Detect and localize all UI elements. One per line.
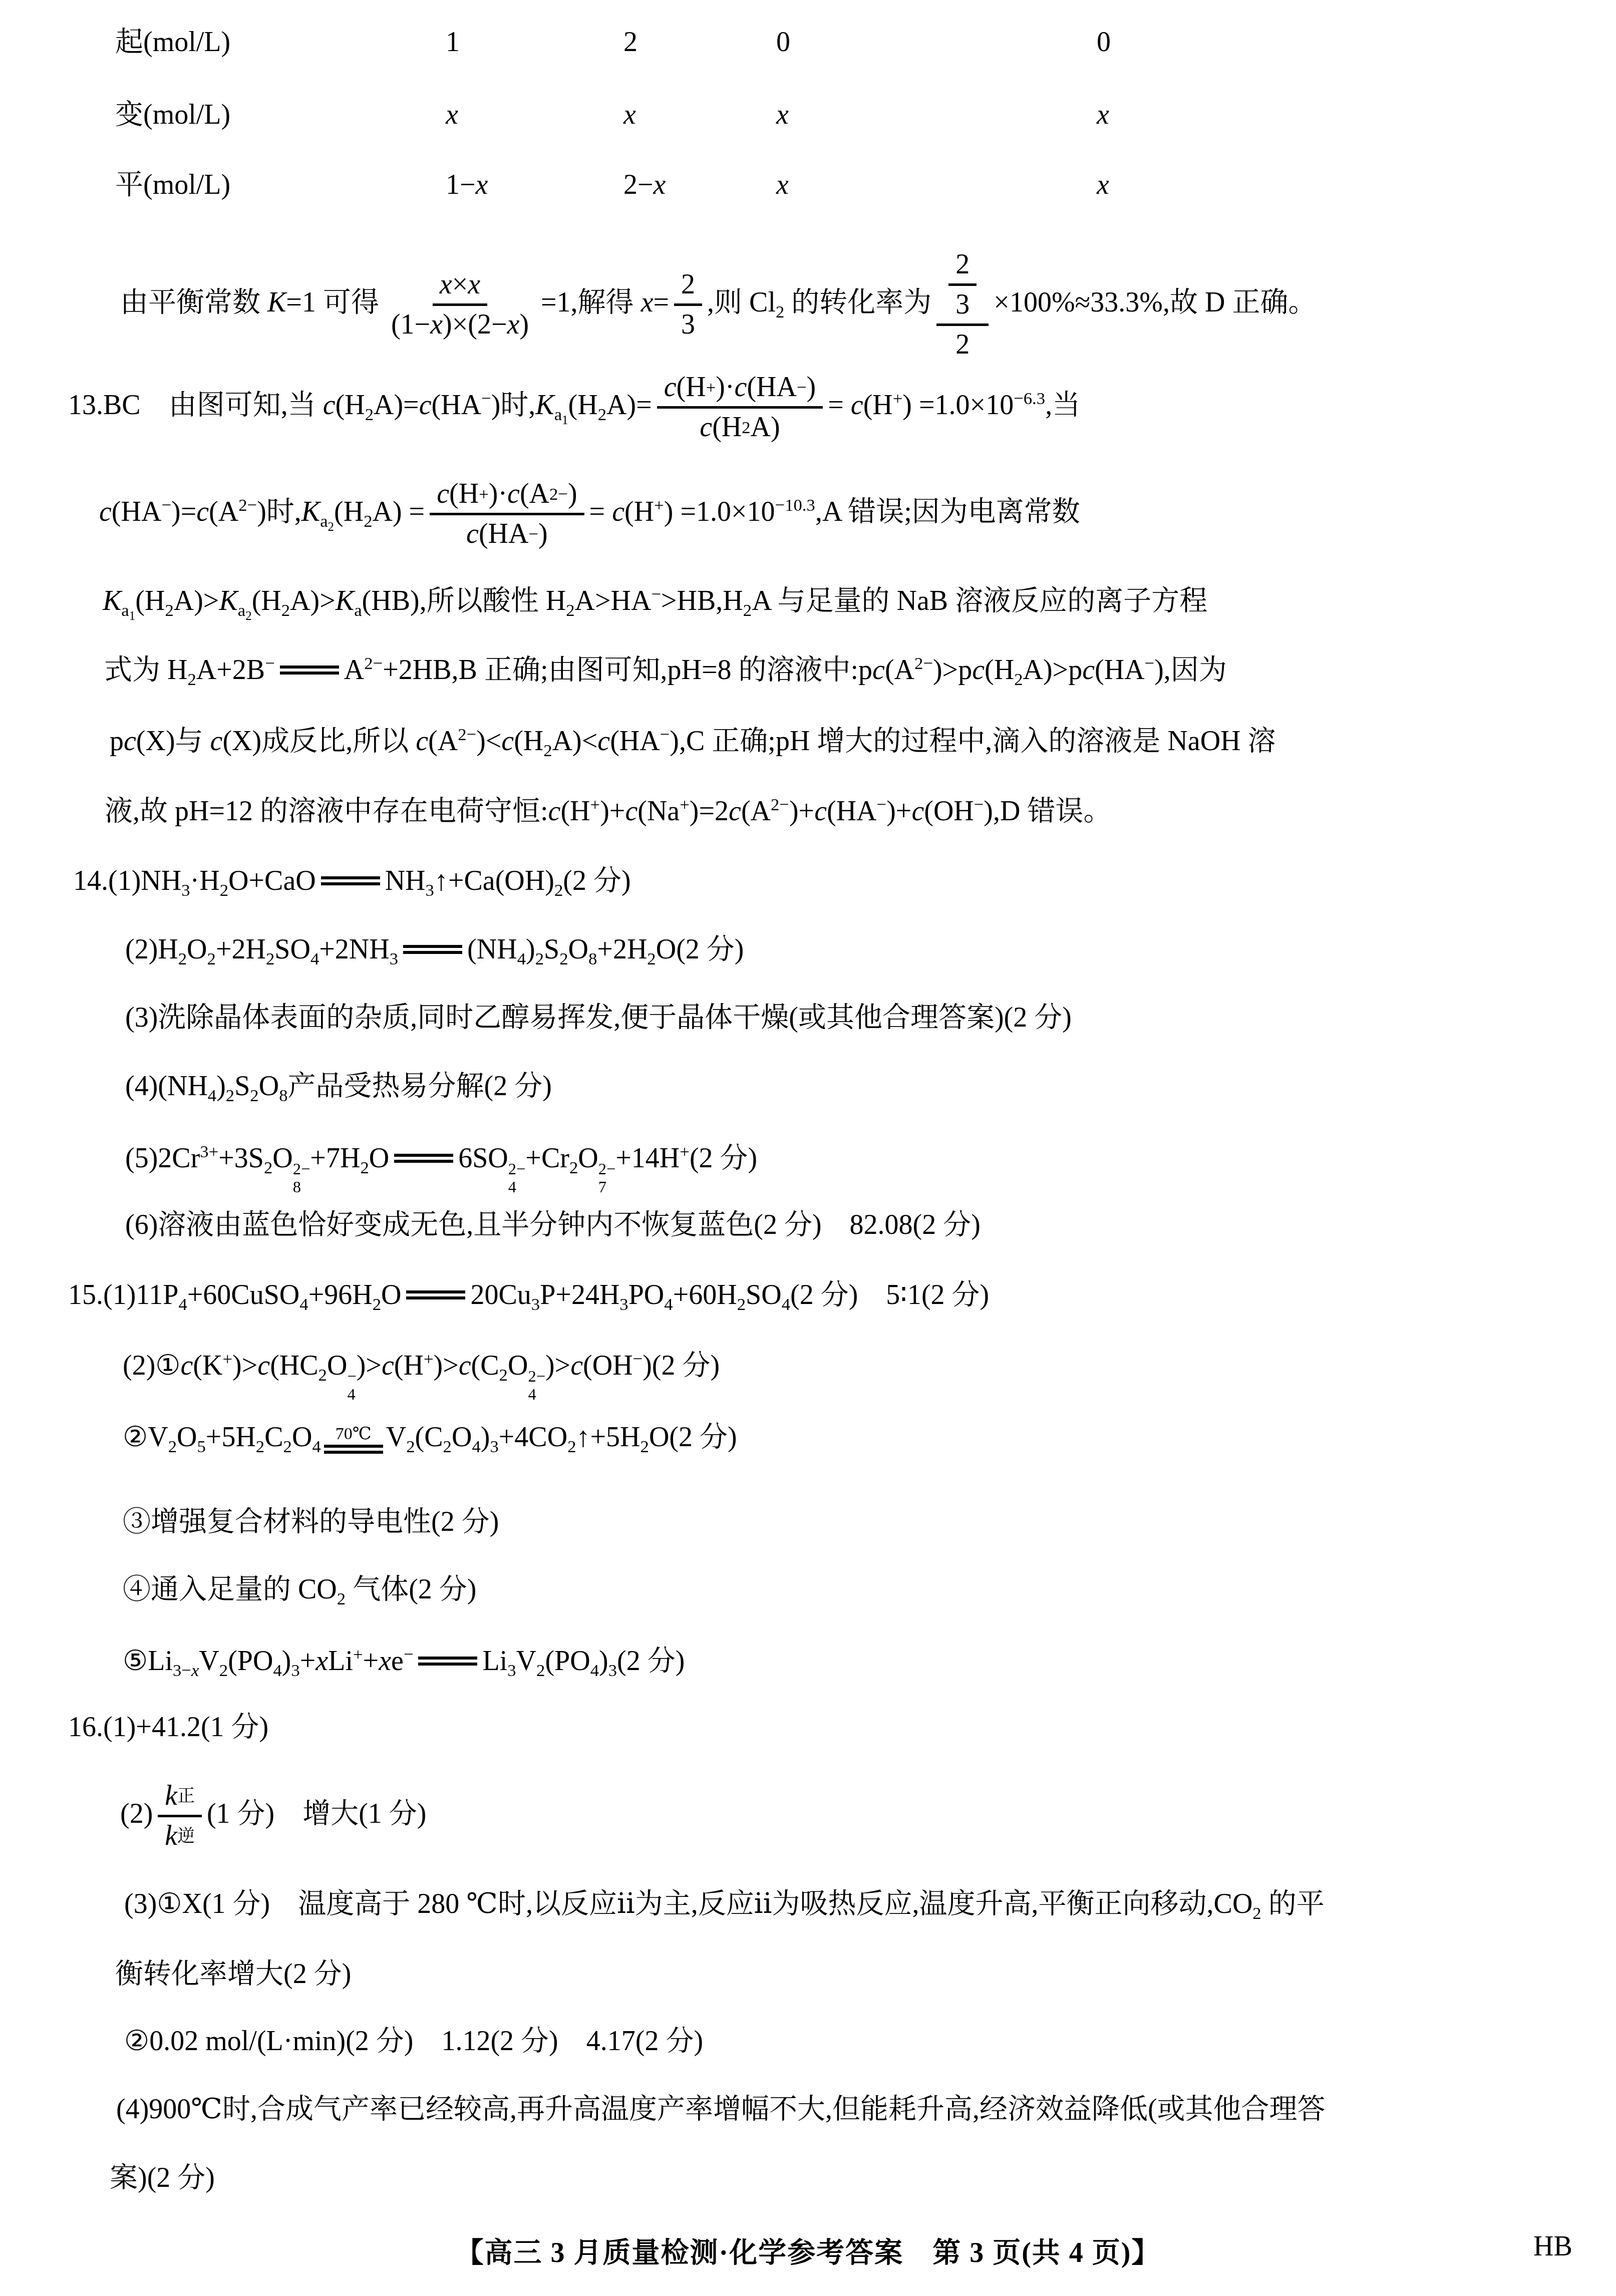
answer-16-1: 16.(1)+41.2(1 分) [68, 1711, 268, 1743]
answer-15-2-1: (2)①c(K+)>c(HC2O−4)>c(H+)>c(C2O2−4)>c(OH… [123, 1349, 720, 1404]
ice-cell: 2−x [623, 169, 666, 201]
ice-cell: 0 [1097, 26, 1111, 58]
answer-13-line-2: c(HA−)=c(A2−)时,Ka2(H2A) =c(H+)·c(A2−)c(H… [99, 477, 1080, 551]
ice-cell: x [776, 169, 789, 201]
answer-13-line-1: 13.BC 由图可知,当 c(H2A)=c(HA−)时,Ka1(H2A)=c(H… [68, 371, 1080, 444]
answer-14-2: (2)H2O2+2H2SO4+2NH3(NH4)2S2O8+2H2O(2 分) [125, 933, 744, 969]
answer-15-2-3: ③增强复合材料的导电性(2 分) [123, 1506, 499, 1538]
answer-13-line-3: Ka1(H2A)>Ka2(H2A)>Ka(HB),所以酸性 H2A>HA−>HB… [103, 584, 1207, 624]
answer-16-4-cont: 案)(2 分) [110, 2162, 215, 2194]
answer-14-3: (3)洗除晶体表面的杂质,同时乙醇易挥发,便于晶体干燥(或其他合理答案)(2 分… [125, 1002, 1072, 1034]
ice-cell: 1−x [446, 169, 488, 201]
answer-15-2-5: ⑤Li3−xV2(PO4)3+xLi++xe−Li3V2(PO4)3(2 分) [123, 1645, 685, 1681]
ice-cell: 2 [623, 26, 637, 58]
answer-16-2: (2)k正k逆(1 分) 增大(1 分) [120, 1779, 426, 1853]
answer-15-2-4: ④通入足量的 CO2 气体(2 分) [123, 1573, 476, 1609]
ice-row-change-label: 变(mol/L) [115, 99, 230, 131]
paper-version-code: HB [1533, 2230, 1572, 2262]
page-footer: 【高三 3 月质量检测·化学参考答案 第 3 页(共 4 页)】 [0, 2230, 1616, 2270]
ice-cell: 1 [446, 26, 460, 58]
answer-14-5: (5)2Cr3++3S2O2−8+7H2O6SO2−4+Cr2O2−7+14H+… [125, 1142, 757, 1197]
ice-cell: x [623, 99, 636, 131]
ice-cell: x [1097, 169, 1109, 201]
ice-row-equilibrium-label: 平(mol/L) [115, 169, 230, 201]
answer-16-3-1: (3)①X(1 分) 温度高于 280 ℃时,以反应ⅱ为主,反应ⅱ为吸热反应,温… [124, 1888, 1325, 1923]
answer-13-line-4: 式为 H2A+2B−A2−+2HB,B 正确;由图可知,pH=8 的溶液中:pc… [104, 653, 1227, 690]
ice-cell: x [1097, 99, 1109, 131]
ice-row-initial-label: 起(mol/L) [115, 26, 230, 58]
answer-16-4: (4)900℃时,合成气产率已经较高,再升高温度产率增幅不大,但能耗升高,经济效… [116, 2093, 1326, 2125]
answer-14-6: (6)溶液由蓝色恰好变成无色,且半分钟内不恢复蓝色(2 分) 82.08(2 分… [125, 1209, 981, 1241]
answer-16-3-1-cont: 衡转化率增大(2 分) [115, 1958, 351, 1990]
answer-14-1: 14.(1)NH3·H2O+CaONH3↑+Ca(OH)2(2 分) [73, 865, 631, 900]
answer-16-3-2: ②0.02 mol/(L·min)(2 分) 1.12(2 分) 4.17(2 … [124, 2025, 703, 2057]
answer-15-1: 15.(1)11P4+60CuSO4+96H2O20Cu3P+24H3PO4+6… [68, 1279, 989, 1315]
answer-12-working: 由平衡常数 K=1 可得x×x(1−x)×(2−x)=1,解得 x=23,则 C… [120, 248, 1316, 362]
document-page: 起(mol/L) 1 2 0 0 变(mol/L) x x x x 平(mol/… [0, 0, 1616, 2296]
answer-14-4: (4)(NH4)2S2O8产品受热易分解(2 分) [125, 1070, 552, 1106]
ice-cell: x [446, 99, 458, 131]
ice-cell: x [776, 99, 789, 131]
answer-15-2-2: ②V2O5+5H2C2O470℃V2(C2O4)3+4CO2↑+5H2O(2 分… [123, 1421, 737, 1457]
ice-cell: 0 [776, 26, 790, 58]
answer-13-line-6: 液,故 pH=12 的溶液中存在电荷守恒:c(H+)+c(Na+)=2c(A2−… [105, 795, 1111, 827]
answer-13-line-5: pc(X)与 c(X)成反比,所以 c(A2−)<c(H2A)<c(HA−),C… [110, 725, 1276, 761]
